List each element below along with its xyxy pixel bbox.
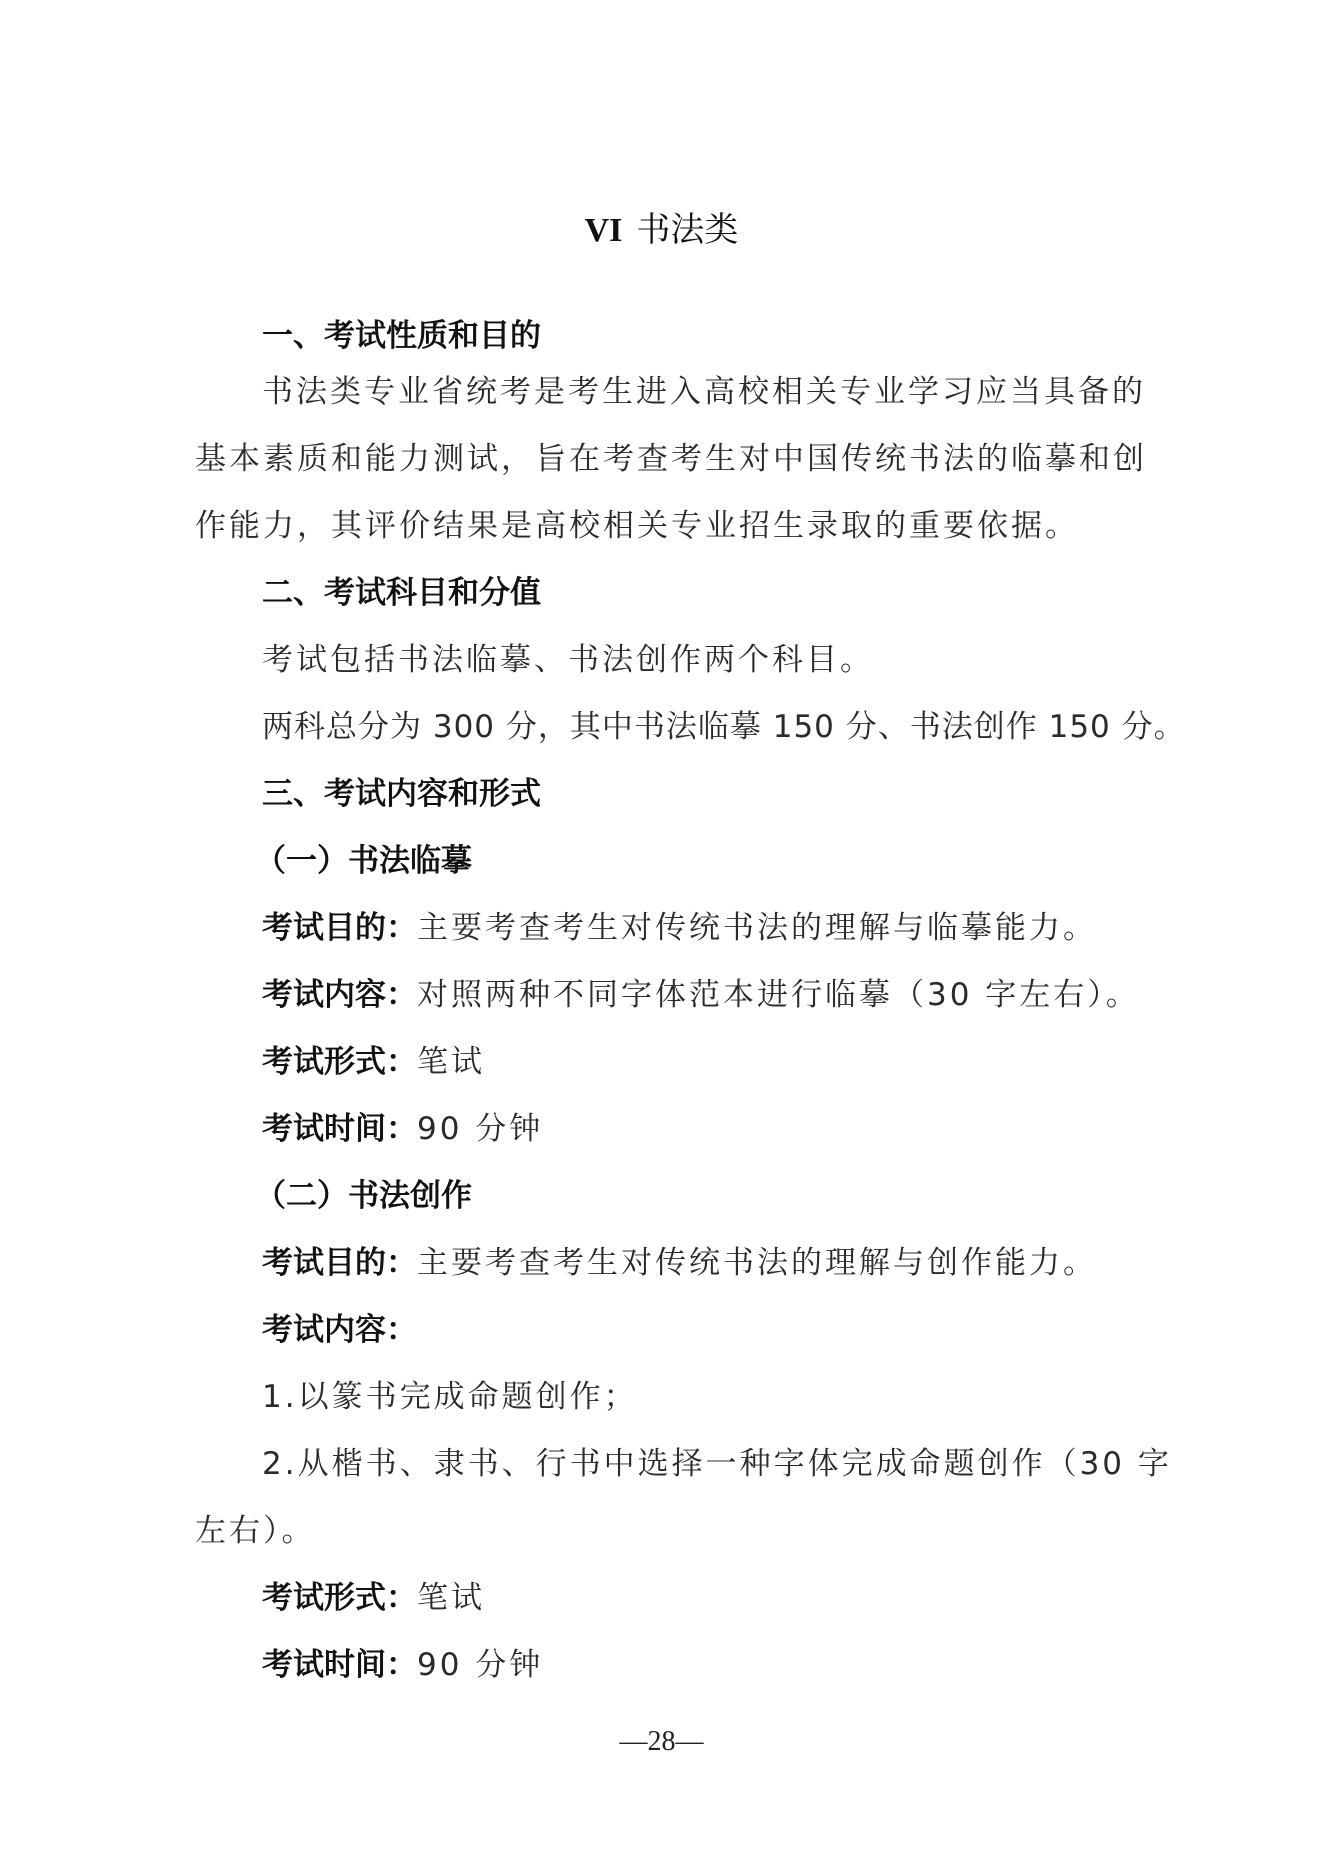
field-label: 考试内容： bbox=[262, 977, 417, 1013]
field-row-purpose: 考试目的：主要考查考生对传统书法的理解与临摹能力。 bbox=[262, 908, 1097, 948]
field-value: 主要考查考生对传统书法的理解与创作能力。 bbox=[417, 1245, 1097, 1281]
list-item-continuation: 左右）。 bbox=[195, 1511, 316, 1551]
title-text: 书法类 bbox=[636, 210, 738, 250]
field-label: 考试内容： bbox=[262, 1312, 417, 1348]
field-row-form: 考试形式：笔试 bbox=[262, 1578, 485, 1618]
document-page: VI书法类 一、考试性质和目的 书法类专业省统考是考生进入高校相关专业学习应当具… bbox=[0, 0, 1323, 1871]
page-number: —28— bbox=[0, 1726, 1323, 1758]
paragraph-line: 考试包括书法临摹、书法创作两个科目。 bbox=[262, 640, 874, 680]
field-value: 对照两种不同字体范本进行临摹（30 字左右）。 bbox=[417, 977, 1140, 1013]
paragraph-line: 基本素质和能力测试，旨在考查考生对中国传统书法的临摹和创 bbox=[195, 439, 1144, 479]
field-value: 90 分钟 bbox=[417, 1647, 543, 1683]
field-row-time: 考试时间：90 分钟 bbox=[262, 1645, 543, 1685]
field-label: 考试形式： bbox=[262, 1044, 417, 1080]
field-value: 主要考查考生对传统书法的理解与临摹能力。 bbox=[417, 910, 1097, 946]
field-label: 考试时间： bbox=[262, 1111, 417, 1147]
field-row-content: 考试内容： bbox=[262, 1310, 417, 1350]
list-item: 1.以篆书完成命题创作； bbox=[262, 1377, 638, 1417]
field-row-content: 考试内容：对照两种不同字体范本进行临摹（30 字左右）。 bbox=[262, 975, 1140, 1015]
field-label: 考试目的： bbox=[262, 910, 417, 946]
section-heading-1: 一、考试性质和目的 bbox=[262, 316, 541, 356]
paragraph-line: 书法类专业省统考是考生进入高校相关专业学习应当具备的 bbox=[262, 372, 1144, 412]
section-heading-3: 三、考试内容和形式 bbox=[262, 774, 541, 814]
field-row-form: 考试形式：笔试 bbox=[262, 1042, 485, 1082]
field-value: 笔试 bbox=[417, 1580, 485, 1616]
paragraph-line: 作能力，其评价结果是高校相关专业招生录取的重要依据。 bbox=[195, 506, 1079, 546]
list-item: 2.从楷书、隶书、行书中选择一种字体完成命题创作（30 字 bbox=[262, 1444, 1144, 1484]
field-row-purpose: 考试目的：主要考查考生对传统书法的理解与创作能力。 bbox=[262, 1243, 1097, 1283]
paragraph-line: 两科总分为 300 分，其中书法临摹 150 分、书法创作 150 分。 bbox=[262, 707, 1186, 747]
field-value: 笔试 bbox=[417, 1044, 485, 1080]
field-value: 90 分钟 bbox=[417, 1111, 543, 1147]
section-heading-2: 二、考试科目和分值 bbox=[262, 573, 541, 613]
subsection-heading-1: （一）书法临摹 bbox=[255, 841, 472, 881]
field-label: 考试形式： bbox=[262, 1580, 417, 1616]
page-title: VI书法类 bbox=[0, 208, 1323, 253]
field-label: 考试目的： bbox=[262, 1245, 417, 1281]
subsection-heading-2: （二）书法创作 bbox=[255, 1176, 472, 1216]
title-roman-numeral: VI bbox=[585, 212, 623, 249]
field-row-time: 考试时间：90 分钟 bbox=[262, 1109, 543, 1149]
field-label: 考试时间： bbox=[262, 1647, 417, 1683]
